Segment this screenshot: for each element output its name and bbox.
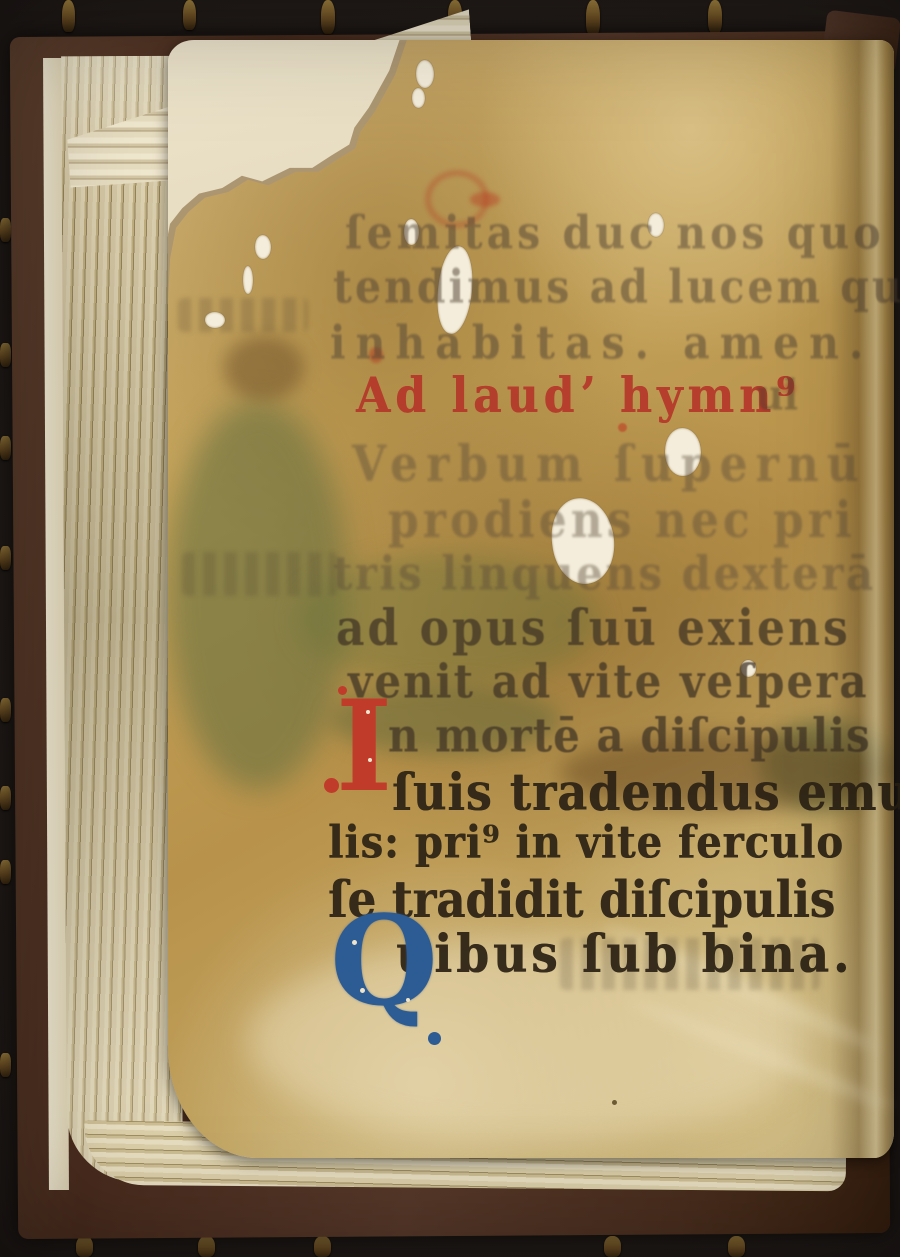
showthrough-text xyxy=(178,298,308,332)
damage-patch xyxy=(416,60,434,88)
rubric-line: Ad laudʼ hymn⁹ xyxy=(356,368,800,424)
showthrough-text xyxy=(182,552,337,596)
initial-ornament-dot xyxy=(360,988,365,993)
text-line-13: uibus ſub bina. xyxy=(396,924,853,986)
initial-q-dot xyxy=(428,1032,441,1045)
brass-pin-left xyxy=(0,698,11,722)
text-line-3: inhabitas. amen. xyxy=(330,316,873,370)
text-line-1: ſemitas duc nos quo xyxy=(345,206,885,260)
text-line-6: tris linquens dexterā xyxy=(333,546,876,601)
damage-patch xyxy=(205,312,225,328)
manuscript-photograph: ſemitas duc nos quo tendimus ad lucem qu… xyxy=(0,0,900,1257)
red-ink-speck xyxy=(618,423,627,432)
text-line-7: ad opus ſuū exiens xyxy=(336,600,851,657)
brass-pin-left xyxy=(0,218,11,242)
brass-pin-left xyxy=(0,343,11,367)
initial-ornament-dot xyxy=(368,758,372,762)
text-line-8: venit ad vite veſpera xyxy=(348,654,869,709)
text-line-9: n mortē a diſcipulis xyxy=(388,708,871,763)
initial-ornament-dot xyxy=(352,940,357,945)
brass-foot xyxy=(728,1236,745,1257)
rubric-tail: ul xyxy=(756,370,798,420)
initial-i: I xyxy=(336,684,391,809)
brass-pin-left xyxy=(0,860,11,884)
brown-stain xyxy=(224,336,304,400)
brass-pin-left xyxy=(0,436,11,460)
brass-foot xyxy=(76,1236,93,1257)
red-ink-speck xyxy=(470,192,500,207)
text-line-4: Verbum ſupernū xyxy=(352,436,867,493)
ink-speck xyxy=(612,1100,617,1105)
text-line-5: prodiens nec pri xyxy=(388,492,856,549)
brass-pin-top xyxy=(321,0,335,34)
damage-patch xyxy=(243,266,253,294)
brass-pin-left xyxy=(0,1053,11,1077)
brass-pin-left xyxy=(0,546,11,570)
brass-pin-top xyxy=(708,0,722,34)
brass-pin-top xyxy=(183,0,196,30)
damage-patch xyxy=(412,88,425,108)
text-line-11: lis: pri⁹ in vite ferculo xyxy=(328,816,844,869)
page-stack-left xyxy=(61,56,183,1183)
brass-pin-top xyxy=(586,0,600,36)
brass-pin-left xyxy=(0,786,11,810)
brass-foot xyxy=(314,1236,331,1257)
initial-i-dot xyxy=(324,778,339,793)
brass-foot xyxy=(198,1236,215,1257)
initial-i-dot xyxy=(338,686,347,695)
brass-pin-top xyxy=(62,0,75,32)
damage-patch xyxy=(255,235,271,259)
initial-ornament-dot xyxy=(366,710,370,714)
initial-ornament-dot xyxy=(406,998,410,1002)
text-line-2: tendimus ad lucem quā xyxy=(333,260,900,314)
brass-foot xyxy=(604,1236,621,1257)
text-line-10: ſuis tradendus emu xyxy=(392,762,900,822)
initial-q: Q xyxy=(330,900,438,1024)
